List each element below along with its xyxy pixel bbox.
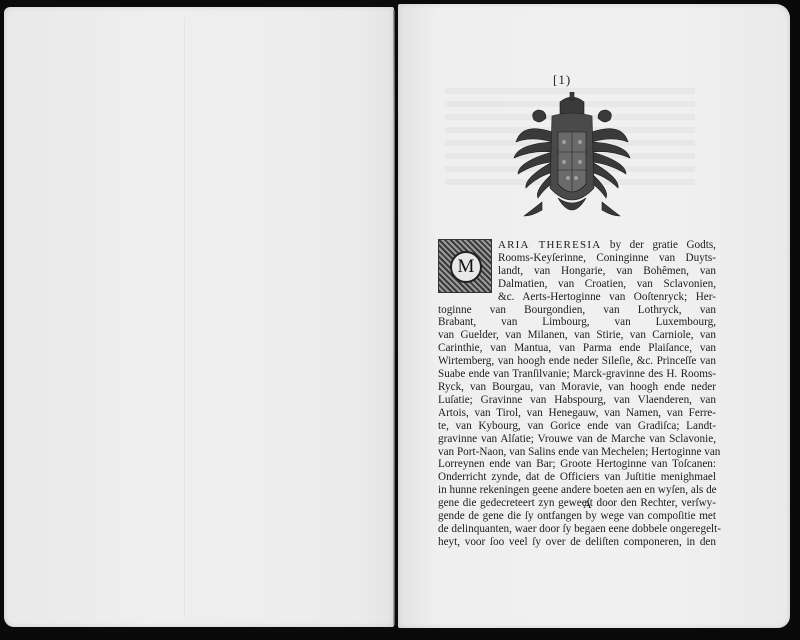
text-line: Wirtemberg, van hoogh ende neder Sileſie… [438, 355, 716, 368]
text-line: van Port-Naon, van Salins ende van Meche… [438, 446, 716, 459]
double-headed-eagle-icon [512, 92, 632, 232]
text-line: in hunne rekeningen geene andere boeten … [438, 484, 716, 497]
left-page-blank [4, 7, 394, 627]
text-line: gende de gene die ſy ontfangen by wege v… [438, 510, 716, 523]
text-line: Suabe ende van Tranſilvanie; Marck-gravi… [438, 368, 716, 381]
text-line: te, van Kybourg, van Gorice ende van Gra… [438, 420, 716, 433]
opening-words: ARIA THERESIA [498, 239, 601, 251]
initial-letter: M [450, 251, 482, 283]
text-line: gravinne van Alſatie; Vrouwe van de Marc… [438, 433, 716, 446]
text-line: Artois, van Tirol, van Henegauw, van Nam… [438, 407, 716, 420]
text-line: toginne van Bourgondien, van Lothryck, v… [438, 304, 716, 317]
text-line: Lorreynen ende van Bar; Groote Hertoginn… [438, 458, 716, 471]
paper-crease [184, 17, 185, 617]
text-line: Luſatie; Gravinne van Habspourg, van Vla… [438, 394, 716, 407]
decorated-initial: M [438, 239, 492, 293]
text-line: de delinquanten, waer door ſy begaen een… [438, 523, 716, 536]
text-line: Carinthie, van Mantua, van Parma ende Pl… [438, 342, 716, 355]
text-line: gene die gedecreteert zyn geweeſt door d… [438, 497, 716, 510]
page-number: [1) [553, 72, 571, 88]
book-gutter [393, 10, 395, 625]
text-line: Brabant, van Limbourg, van Luxembourg, [438, 316, 716, 329]
decree-text: M ARIA THERESIA by der gratie Godts, Roo… [438, 239, 716, 549]
text-line: van Guelder, van Milanen, van Stirie, va… [438, 329, 716, 342]
signature-mark: A [583, 497, 592, 512]
text-line: heyt, voor ſoo veel ſy over de deliſten … [438, 536, 716, 549]
text-line: Onderricht zynde, dat de Officiers van J… [438, 471, 716, 484]
text-line: Ryck, van Bourgau, van Moravie, van hoog… [438, 381, 716, 394]
